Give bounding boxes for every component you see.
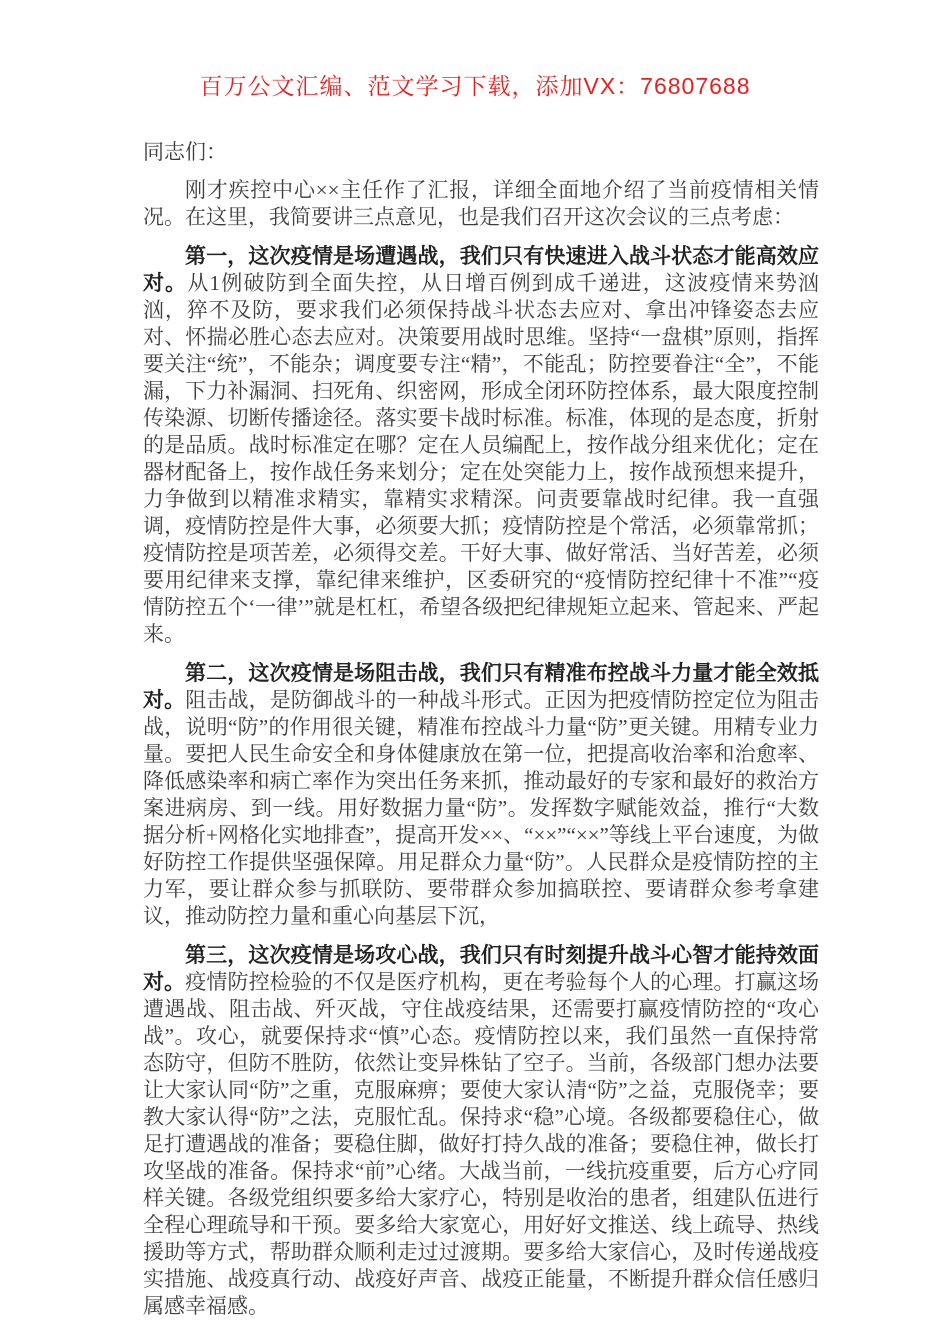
promo-header: 百万公文汇编、范文学习下载，添加VX：76807688: [0, 0, 950, 101]
paragraph-first-point: 第一，这次疫情是场遭遇战，我们只有快速进入战斗状态才能高效应对。从1例破防到全面…: [143, 243, 819, 648]
paragraph-third-point-text: 疫情防控检验的不仅是医疗机构，更在考验每个人的心理。打赢这场遭遇战、阻击战、歼灭…: [143, 970, 819, 1318]
paragraph-first-point-text: 从1例破防到全面失控，从日增百例到成千递进，这波疫情来势汹汹，猝不及防，要求我们…: [143, 271, 819, 646]
document-body: 同志们： 刚才疾控中心××主任作了汇报，详细全面地介绍了当前疫情相关情况。在这里…: [143, 139, 819, 1320]
salutation: 同志们：: [143, 139, 819, 166]
paragraph-intro-text: 刚才疾控中心××主任作了汇报，详细全面地介绍了当前疫情相关情况。在这里，我简要讲…: [143, 178, 819, 229]
paragraph-intro: 刚才疾控中心××主任作了汇报，详细全面地介绍了当前疫情相关情况。在这里，我简要讲…: [143, 177, 819, 231]
paragraph-second-point: 第二，这次疫情是场阻击战，我们只有精准布控战斗力量才能全效抵对。阻击战，是防御战…: [143, 660, 819, 930]
document-page: 百万公文汇编、范文学习下载，添加VX：76807688 同志们： 刚才疾控中心×…: [0, 0, 950, 1344]
paragraph-second-point-text: 阻击战，是防御战斗的一种战斗形式。正因为把疫情防控定位为阻击战，说明“防”的作用…: [143, 688, 819, 928]
paragraph-third-point: 第三，这次疫情是场攻心战，我们只有时刻提升战斗心智才能持效面对。疫情防控检验的不…: [143, 942, 819, 1320]
